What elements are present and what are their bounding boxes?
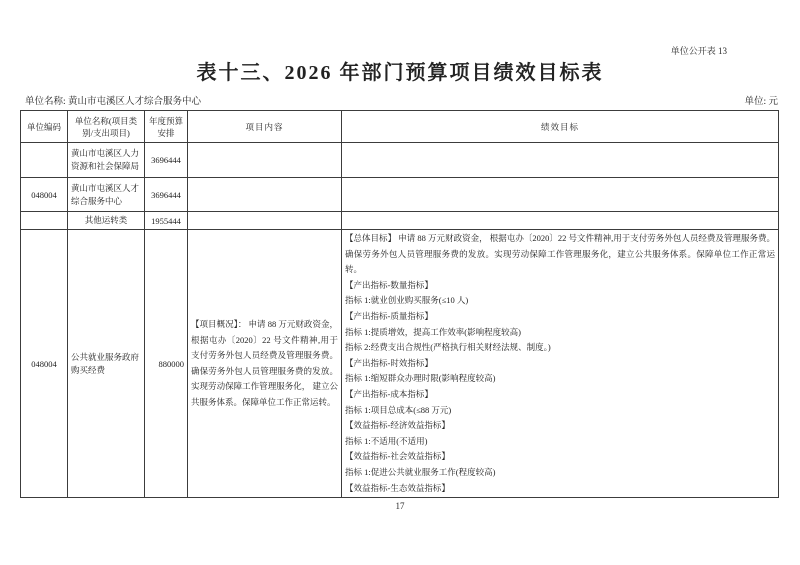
table-header-row: 单位编码 单位名称(项目类别/支出项目) 年度预算安排 项目内容 绩效目标 xyxy=(21,111,779,143)
performance-line: 指标 1:缩短群众办理时限(影响程度较高) xyxy=(345,371,775,387)
table-row: 其他运转类 1955444 xyxy=(21,212,779,230)
performance-line: 指标 1:就业创业购买服务(≤10 人) xyxy=(345,293,775,309)
cell-unit-code: 048004 xyxy=(21,230,68,498)
cell-budget: 3696444 xyxy=(145,178,188,212)
unit-of-measure: 单位: 元 xyxy=(744,93,778,107)
cell-performance-target xyxy=(342,178,779,212)
performance-line: 指标 1:提质增效，提高工作效率(影响程度较高) xyxy=(345,325,775,341)
cell-unit-code xyxy=(21,212,68,230)
cell-project-content xyxy=(188,212,342,230)
cell-project-content xyxy=(188,178,342,212)
cell-performance-target xyxy=(342,143,779,178)
meta-row: 单位名称: 黄山市屯溪区人才综合服务中心 单位: 元 xyxy=(25,93,778,107)
document-page: 单位公开表 13 表十三、2026 年部门预算项目绩效目标表 单位名称: 黄山市… xyxy=(0,0,800,565)
cell-performance-target xyxy=(342,212,779,230)
header-project-content: 项目内容 xyxy=(188,111,342,143)
cell-unit-code xyxy=(21,143,68,178)
cell-expense-category: 其他运转类 xyxy=(68,212,145,230)
cell-project-overview: 【项目概况】： 申请 88 万元财政资金， 根据屯办〔2020〕22 号文件精神… xyxy=(188,230,342,498)
page-title: 表十三、2026 年部门预算项目绩效目标表 xyxy=(0,56,800,85)
performance-line: 【产出指标-质量指标】 xyxy=(345,309,775,325)
performance-line: 指标 1:项目总成本(≤88 万元) xyxy=(345,403,775,419)
performance-line: 【产出指标-时效指标】 xyxy=(345,356,775,372)
cell-unit-name: 黄山市屯溪区人才综合服务中心 xyxy=(68,178,145,212)
header-performance-target: 绩效目标 xyxy=(342,111,779,143)
table-row: 048004 黄山市屯溪区人才综合服务中心 3696444 xyxy=(21,178,779,212)
cell-budget: 880000 xyxy=(145,230,188,498)
cell-budget: 1955444 xyxy=(145,212,188,230)
performance-line: 【效益指标-生态效益指标】 xyxy=(345,481,775,497)
page-number: 17 xyxy=(0,501,800,511)
performance-line: 指标 1:促进公共就业服务工作(程度较高) xyxy=(345,465,775,481)
unit-name-line: 单位名称: 黄山市屯溪区人才综合服务中心 xyxy=(25,93,201,107)
performance-line: 【产出指标-成本指标】 xyxy=(345,387,775,403)
performance-line: 指标 1:不适用(不适用) xyxy=(345,434,775,450)
performance-line: 【产出指标-数量指标】 xyxy=(345,278,775,294)
cell-performance-targets: 【总体目标】 申请 88 万元财政资金， 根据屯办〔2020〕22 号文件精神,… xyxy=(342,230,779,498)
performance-line: 指标 2:经费支出合规性(严格执行相关财经法规、制度。) xyxy=(345,340,775,356)
performance-line: 【效益指标-经济效益指标】 xyxy=(345,418,775,434)
cell-budget: 3696444 xyxy=(145,143,188,178)
performance-line: 【总体目标】 申请 88 万元财政资金， 根据屯办〔2020〕22 号文件精神,… xyxy=(345,231,775,278)
header-unit-code: 单位编码 xyxy=(21,111,68,143)
cell-project-name: 公共就业服务政府购买经费 xyxy=(68,230,145,498)
header-unit-name: 单位名称(项目类别/支出项目) xyxy=(68,111,145,143)
performance-line: 【效益指标-社会效益指标】 xyxy=(345,449,775,465)
cell-project-content xyxy=(188,143,342,178)
budget-table: 单位编码 单位名称(项目类别/支出项目) 年度预算安排 项目内容 绩效目标 黄山… xyxy=(20,110,779,498)
table-row: 黄山市屯溪区人力资源和社会保障局 3696444 xyxy=(21,143,779,178)
header-annual-budget: 年度预算安排 xyxy=(145,111,188,143)
cell-unit-name: 黄山市屯溪区人力资源和社会保障局 xyxy=(68,143,145,178)
table-row-project: 048004 公共就业服务政府购买经费 880000 【项目概况】： 申请 88… xyxy=(21,230,779,498)
cell-unit-code: 048004 xyxy=(21,178,68,212)
